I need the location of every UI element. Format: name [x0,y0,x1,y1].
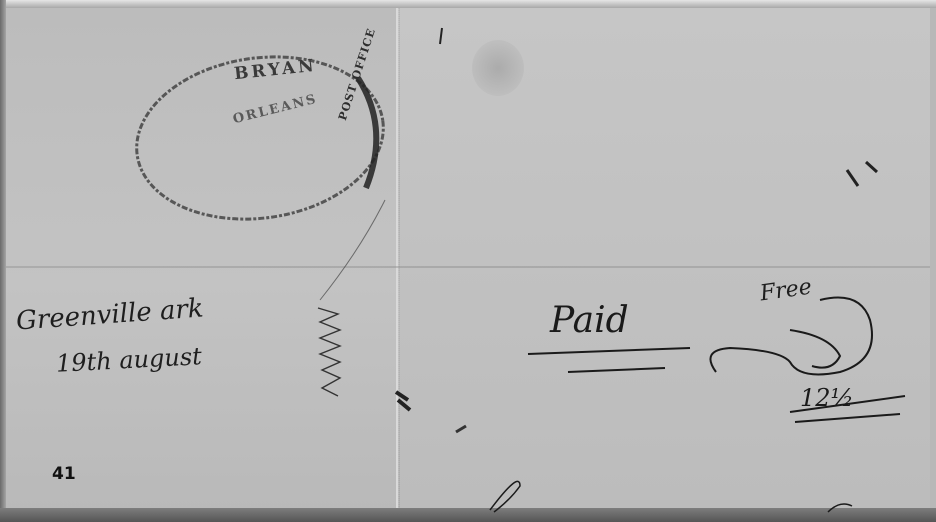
document-scan: BRYAN ORLEANS POST OFFICE Greenville ark… [0,0,936,522]
rate-marking: 12½ [800,384,854,412]
paid-marking: Paid [550,300,629,341]
ink-strokes [0,0,936,522]
page-number: 41 [52,464,76,484]
